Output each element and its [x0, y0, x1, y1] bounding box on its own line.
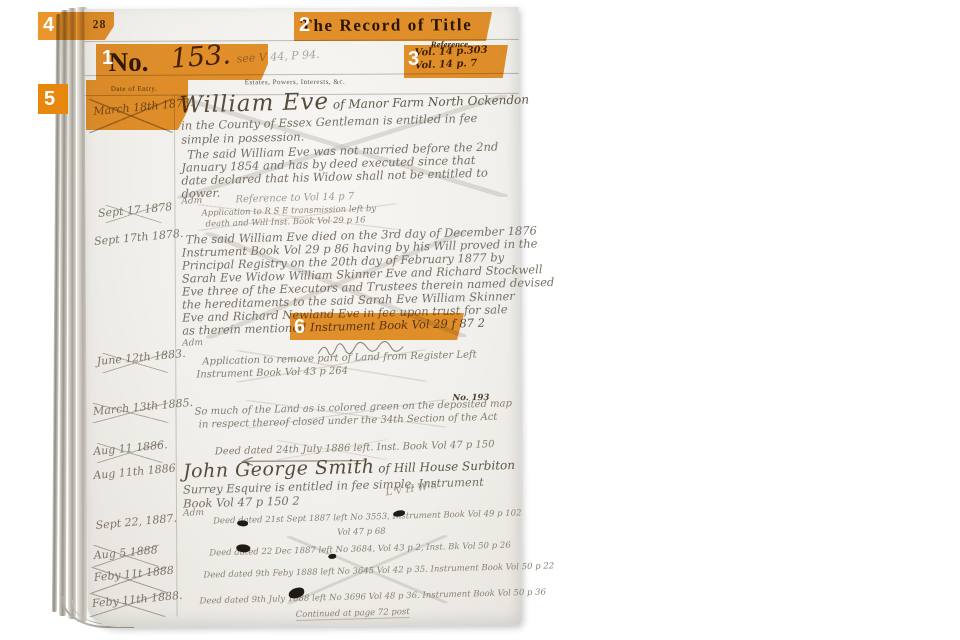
crossout-mark	[287, 535, 447, 604]
entry-date: Sept 17th 1878.	[94, 227, 184, 248]
entry-line: Deed dated 21st Sept 1887 left No 3553, …	[213, 508, 522, 526]
adm-notation: Adm	[183, 508, 204, 519]
callout-number-2: 2	[299, 15, 310, 35]
book-spine-edge	[68, 8, 76, 619]
highlight-bar-date-of-entry	[86, 80, 188, 130]
crossout-mark	[102, 353, 168, 373]
highlight-bar-folio-number	[96, 44, 268, 80]
callout-number-1: 1	[102, 48, 113, 68]
highlight-bar-reference	[404, 45, 508, 78]
entry-date: Sept 22, 1887.	[95, 512, 177, 532]
crossout-mark	[197, 204, 397, 231]
crossout-mark	[105, 205, 161, 223]
continuation-note: Continued at page 72 post	[296, 607, 410, 621]
crossout-mark	[277, 440, 387, 461]
entry-date: Aug 11th 1886	[93, 461, 176, 482]
highlight-bar-instrument-book	[290, 313, 464, 340]
crossout-mark	[97, 443, 163, 463]
crossout-mark	[236, 349, 426, 382]
callout-number-4: 4	[43, 15, 54, 35]
crossout-mark	[92, 403, 168, 423]
crossout-mark	[246, 399, 446, 428]
callout-number-5: 5	[44, 89, 55, 109]
callout-number-6: 6	[294, 317, 305, 337]
crossout-mark	[93, 545, 159, 567]
entry-lead-rest: of Hill House Surbiton	[374, 458, 515, 476]
crossout-mark	[177, 95, 508, 199]
highlight-bar-title	[294, 12, 492, 41]
callout-number-3: 3	[408, 49, 419, 69]
adm-notation: Adm	[182, 338, 203, 349]
screenshot-canvas: { "colors": { "annotation_orange": "#E88…	[0, 0, 960, 640]
crossout-mark	[89, 593, 165, 617]
ink-blot	[237, 520, 249, 527]
crossout-mark	[91, 567, 167, 593]
